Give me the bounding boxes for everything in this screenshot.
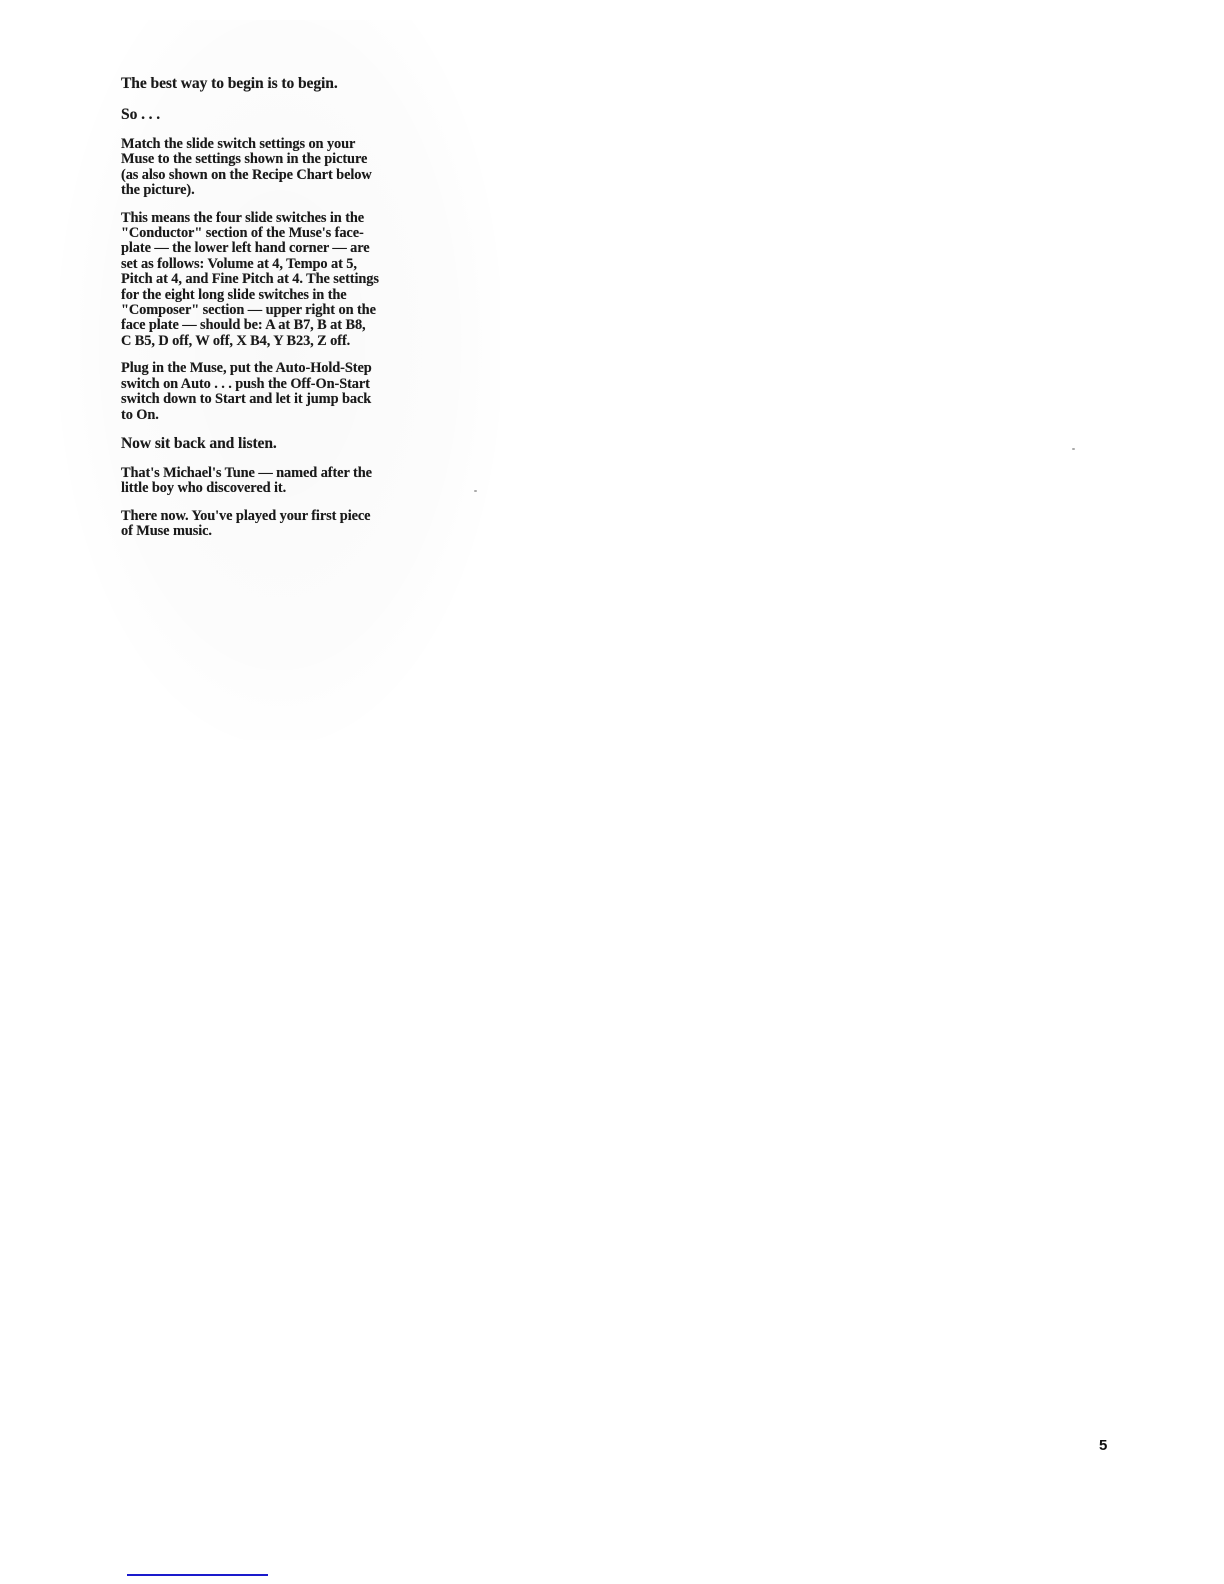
- paragraph-listen: Now sit back and listen.: [121, 435, 451, 452]
- text-column: The best way to begin is to begin. So . …: [121, 75, 451, 552]
- text-line: So . . .: [121, 106, 451, 123]
- page-number: 5: [1099, 1437, 1107, 1454]
- paragraph-match-settings: Match the slide switch settings on your …: [121, 137, 451, 199]
- text-line: Plug in the Muse, put the Auto-Hold-Step: [121, 361, 451, 376]
- text-line: "Composer" section — upper right on the: [121, 303, 451, 318]
- paragraph-so: So . . .: [121, 106, 451, 123]
- text-line: Muse to the settings shown in the pictur…: [121, 152, 451, 167]
- text-line: This means the four slide switches in th…: [121, 211, 451, 226]
- text-line: switch down to Start and let it jump bac…: [121, 392, 451, 407]
- text-line: Now sit back and listen.: [121, 435, 451, 452]
- text-line: of Muse music.: [121, 524, 451, 539]
- scan-speck: [474, 490, 477, 492]
- text-line: switch on Auto . . . push the Off-On-Sta…: [121, 377, 451, 392]
- text-line: little boy who discovered it.: [121, 481, 451, 496]
- scan-speck: [1072, 448, 1075, 450]
- text-line: face plate — should be: A at B7, B at B8…: [121, 318, 451, 333]
- text-line: Pitch at 4, and Fine Pitch at 4. The set…: [121, 272, 451, 287]
- paragraph-michaels-tune: That's Michael's Tune — named after the …: [121, 466, 451, 497]
- paragraph-intro: The best way to begin is to begin.: [121, 75, 451, 92]
- text-line: for the eight long slide switches in the: [121, 288, 451, 303]
- text-line: Match the slide switch settings on your: [121, 137, 451, 152]
- paragraph-switch-details: This means the four slide switches in th…: [121, 211, 451, 350]
- text-line: That's Michael's Tune — named after the: [121, 466, 451, 481]
- text-line: plate — the lower left hand corner — are: [121, 241, 451, 256]
- footer-rule: [127, 1574, 268, 1576]
- text-line: C B5, D off, W off, X B4, Y B23, Z off.: [121, 334, 451, 349]
- text-line: The best way to begin is to begin.: [121, 75, 451, 92]
- text-line: to On.: [121, 408, 451, 423]
- text-line: the picture).: [121, 183, 451, 198]
- text-line: "Conductor" section of the Muse's face-: [121, 226, 451, 241]
- paragraph-first-piece: There now. You've played your first piec…: [121, 509, 451, 540]
- paragraph-plug-in: Plug in the Muse, put the Auto-Hold-Step…: [121, 361, 451, 423]
- text-line: (as also shown on the Recipe Chart below: [121, 168, 451, 183]
- text-line: There now. You've played your first piec…: [121, 509, 451, 524]
- text-line: set as follows: Volume at 4, Tempo at 5,: [121, 257, 451, 272]
